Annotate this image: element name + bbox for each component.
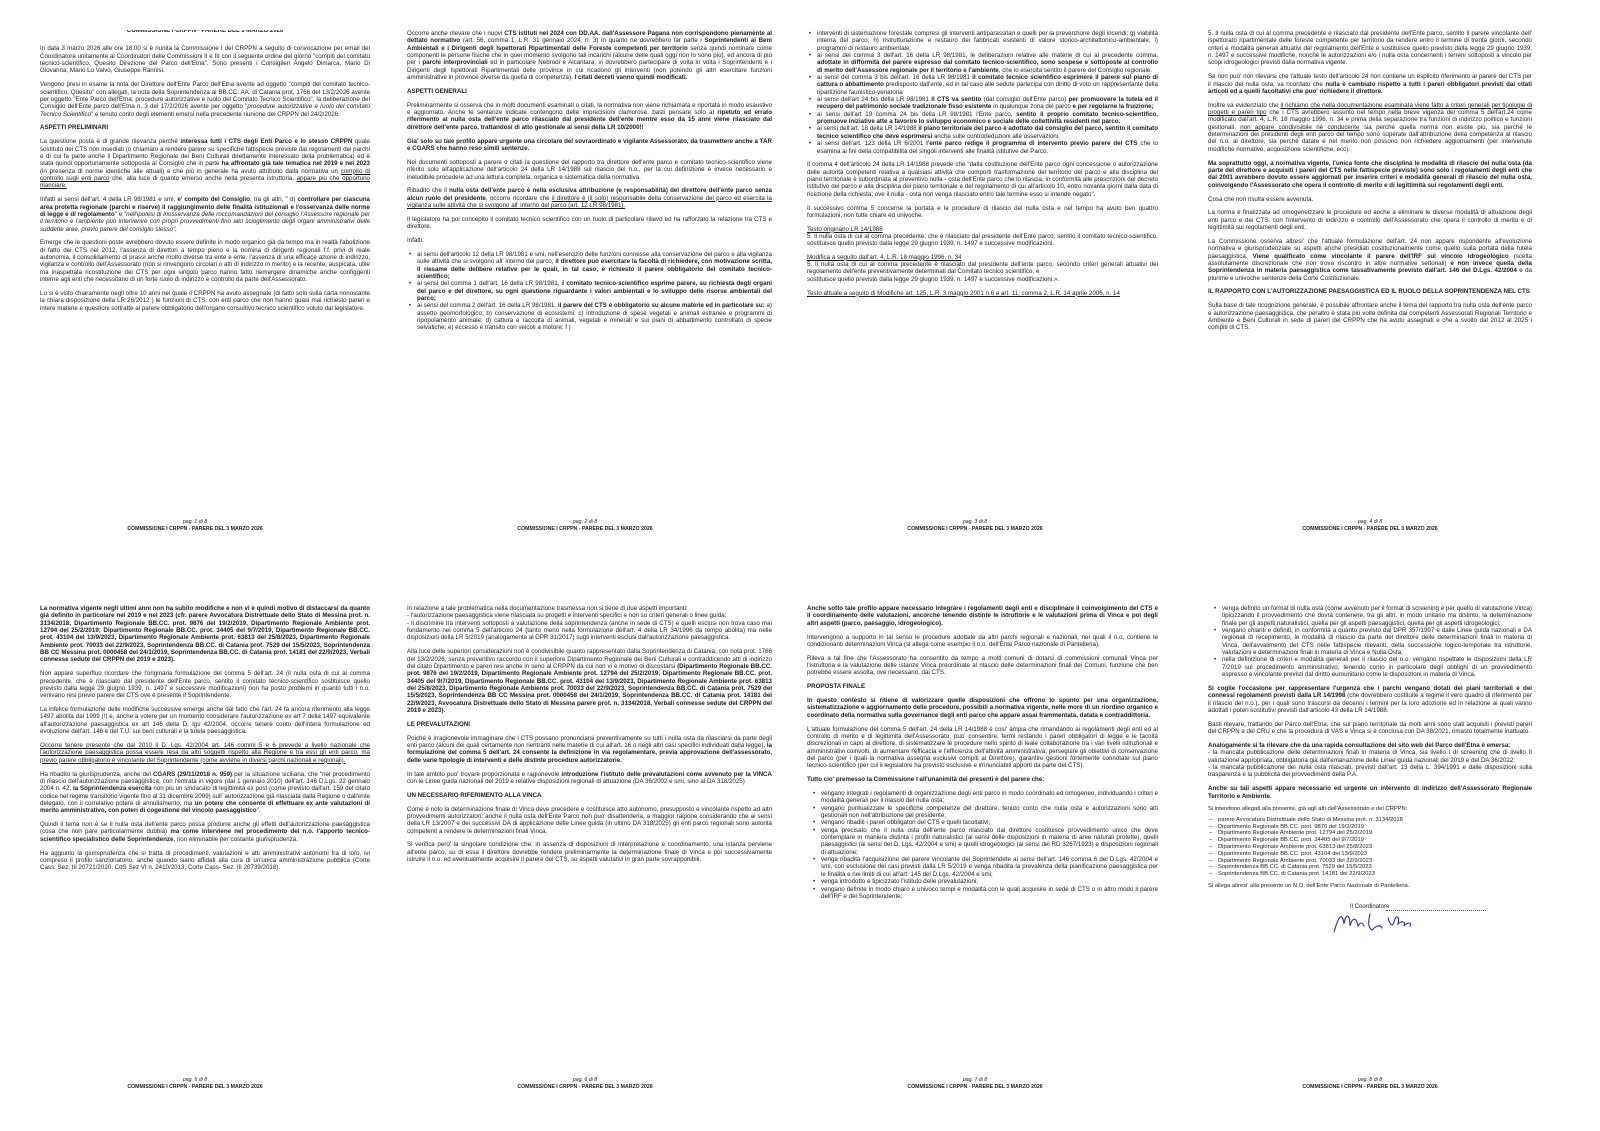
paragraph: In relazione a tale problematica nella d… [407, 605, 772, 642]
paragraph: Occorre tenere presente che dal 2010 il … [40, 742, 370, 764]
list-item: venga definito un format di nulla osta (… [1222, 605, 1532, 627]
page-number: pag. 1 di 8 [0, 519, 390, 526]
paragraph: Rileva a tal fine che l'Assessorato ha c… [807, 655, 1158, 677]
section-heading: ASPETTI GENERALI [407, 88, 772, 95]
paragraph: Infatti ai sensi dell'art. 4 della LR 98… [40, 196, 370, 233]
footer-title: COMMISSIONE I CRPPN - PARERE DEL 3 MARZO… [780, 526, 1170, 533]
footer-title: COMMISSIONE I CRPPN - PARERE DEL 3 MARZO… [390, 526, 780, 533]
list-item: Dipartimento Regionale BB.CC. prot. 3440… [1218, 837, 1532, 844]
bullet-list: ai sensi dell'articolo 12 della LR 98/19… [407, 251, 772, 332]
signature-icon [1330, 904, 1430, 938]
page-content: interventi di sistemazione forestale com… [807, 30, 1158, 513]
paragraph: Ma soprattutto oggi, a normativa vigente… [1208, 160, 1532, 189]
paragraph: Intervengono a supporto in tal senso le … [807, 634, 1158, 649]
page-number: pag. 2 di 8 [390, 519, 780, 526]
paragraph: Alla luce delle superiori considerazioni… [407, 648, 772, 714]
section-heading: ASPETTI PRELIMINARI [40, 124, 370, 131]
bullet-list: ai sensi del comma 3 dell'art. 16 della … [807, 52, 1158, 155]
section-heading: LE PREVALUTAZIONI [407, 721, 772, 728]
list-item: Soprintendenza BB.CC. di Catania prot. 7… [1218, 864, 1532, 871]
paragraph: Analogamente si fa rilevare che da una r… [1208, 742, 1532, 779]
list-item: ai sensi dell'art 19 comma 24 bis della … [817, 111, 1158, 126]
page-8: venga definito un format di nulla osta (… [1170, 565, 1570, 1131]
paragraph: Testo attuale a seguito di Modifiche art… [807, 290, 1158, 297]
paragraph: Emerge che le questioni poste avrebbero … [40, 239, 370, 283]
paragraph: L'attuale formulazione del comma 5 dell'… [807, 726, 1158, 770]
paragraph: Non appare superfluo ricordare che l'ori… [40, 670, 370, 699]
list-item: ai sensi del comma 2 dell'art. 16 della … [417, 302, 772, 331]
footer-title: COMMISSIONE I CRPPN - PARERE DEL 3 MARZO… [0, 526, 390, 533]
paragraph: Ha aggiunto la giurisprudenza che si tra… [40, 850, 370, 872]
paragraph: Cosa che non risulta essere avvenuta. [1208, 196, 1532, 203]
page-number: pag. 3 di 8 [780, 519, 1170, 526]
paragraph: Ha ribadito la giurisprudenza, anche del… [40, 771, 370, 815]
page-6: In relazione a tale problematica nella d… [390, 565, 780, 1131]
paragraph: Inoltre va evidenziato che il richiamo c… [1208, 102, 1532, 153]
paragraph: In questo contesto si ritiene di valoriz… [807, 697, 1158, 719]
page-2: Occorre anche rilevare che i nuovi CTS i… [390, 0, 780, 565]
paragraph: Se non puo' non rilevarsi che l'attuale … [1208, 73, 1532, 95]
paragraph: Anche su tali aspetti appare necessario … [1208, 785, 1532, 800]
list-item: ai sensi dell'art. 18 della LR 14/1988 i… [817, 125, 1158, 140]
paragraph: Sulla base di tale ricognizione generale… [1208, 302, 1532, 331]
page-number: pag. 6 di 8 [390, 1077, 780, 1084]
page-number: pag. 8 di 8 [1170, 1077, 1570, 1084]
paragraph: Modifica a seguito dall'art. 4, L.R. 18 … [807, 254, 1158, 283]
paragraph: Gia' solo su tale profilo appare urgente… [407, 138, 772, 153]
paragraph: Basti rilevare, trattando del Parco dell… [1208, 721, 1532, 736]
paragraph: Si verifica pero' la singolare condizion… [407, 841, 772, 863]
paragraph: La Commissione osserva altresi' che l'at… [1208, 238, 1532, 282]
list-item: interventi di sistemazione forestale com… [817, 30, 1158, 52]
page-1: COMMISSIONE I CRPPN - PARERE DEL 3 MARZO… [0, 0, 390, 565]
page-footer: pag. 3 di 8 COMMISSIONE I CRPPN - PARERE… [780, 519, 1170, 533]
page-footer: pag. 2 di 8 COMMISSIONE I CRPPN - PARERE… [390, 519, 780, 533]
paragraph: Preliminarmente si osserva che in molti … [407, 102, 772, 131]
list-item: parere Avvocatura Distrettuale dello Sta… [1218, 817, 1532, 824]
page-footer: pag. 8 di 8 COMMISSIONE I CRPPN - PARERE… [1170, 1077, 1570, 1091]
page-content: venga definito un format di nulla osta (… [1208, 605, 1532, 1079]
list-item: ai sensi dell'art. 123 della LR 6/2001 l… [817, 140, 1158, 155]
page-footer: pag. 1 di 8 COMMISSIONE I CRPPN - PARERE… [0, 519, 390, 533]
paragraph: Occorre anche rilevare che i nuovi CTS i… [407, 30, 772, 81]
page-footer: pag. 7 di 8 COMMISSIONE I CRPPN - PARERE… [780, 1077, 1170, 1091]
proposal-list: vengano integrati i regolamenti di organ… [807, 790, 1158, 900]
page-number: pag. 7 di 8 [780, 1077, 1170, 1084]
paragraph: Come è noto la determinazione finale di … [407, 806, 772, 835]
paragraph: Lo si è visto chiaramente negli oltre 10… [40, 290, 370, 312]
page-4: 5. Il nulla osta di cui al comma precede… [1170, 0, 1570, 565]
section-heading: IL RAPPORTO CON L'AUTORIZZAZIONE PAESAGG… [1208, 288, 1532, 295]
footer-title: COMMISSIONE I CRPPN - PARERE DEL 3 MARZO… [0, 1084, 390, 1091]
page-content: COMMISSIONE I CRPPN - PARERE DEL 3 MARZO… [40, 30, 370, 513]
list-item: vengano integrati i regolamenti di organ… [821, 790, 1158, 805]
page-footer: pag. 4 di 8 COMMISSIONE I CRPPN - PARERE… [1170, 519, 1570, 533]
page-content: Anche sotto tale profilo appare necessar… [807, 605, 1158, 1079]
list-item: ai sensi del comma 3 dell'art. 16 della … [817, 52, 1158, 74]
list-item: Dipartimento Regionale Ambiente prot. 12… [1218, 830, 1532, 837]
page-7: Anche sotto tale profilo appare necessar… [780, 565, 1170, 1131]
attachments-list: parere Avvocatura Distrettuale dello Sta… [1208, 817, 1532, 878]
list-item: vengano puntualizzate le specifiche comp… [821, 805, 1158, 820]
page-footer: pag. 6 di 8 COMMISSIONE I CRPPN - PARERE… [390, 1077, 780, 1091]
document-spread: COMMISSIONE I CRPPN - PARERE DEL 3 MARZO… [0, 0, 1600, 1131]
list-item: ai sensi del comma 1 dell'art. 16 della … [417, 280, 772, 302]
paragraph: Il successivo comma 5 concerne la portat… [807, 205, 1158, 220]
paragraph: La norma è finalizzata ad omogeneizzare … [1208, 209, 1532, 231]
list-item: vengano chiariti e definiti, in conformi… [1222, 627, 1532, 656]
list-item: Dipartimento Regionale BB.CC. prot. 4310… [1218, 851, 1532, 858]
bullet-list: interventi di sistemazione forestale com… [807, 30, 1158, 52]
page-content: Occorre anche rilevare che i nuovi CTS i… [407, 30, 772, 513]
footer-title: COMMISSIONE I CRPPN - PARERE DEL 3 MARZO… [780, 1084, 1170, 1091]
paragraph: Testo originario LR 14/19885. Il nulla o… [807, 226, 1158, 248]
signature-block: Il Coordinatore [1338, 904, 1532, 938]
list-item: Dipartimento Regionale Ambiente prot. 63… [1218, 844, 1532, 851]
paragraph: La infelice formulazione delle modifiche… [40, 706, 370, 735]
list-item: Dipartimento Regionale Ambiente prot. 70… [1218, 858, 1532, 865]
paragraph: Tutto cio' premesso la Commissione I all… [807, 776, 1158, 783]
page-3: interventi di sistemazione forestale com… [780, 0, 1170, 565]
list-item: Dipartimento Regionale BB.CC. prot. 9876… [1218, 824, 1532, 831]
list-item: ai sensi dell'articolo 12 della LR 98/19… [417, 251, 772, 280]
list-item: ai sensi del comma 3 bis dell'art. 16 de… [817, 74, 1158, 96]
footer-title: COMMISSIONE I CRPPN - PARERE DEL 3 MARZO… [1170, 526, 1570, 533]
page-number: pag. 5 di 8 [0, 1077, 390, 1084]
proposal-list: venga definito un format di nulla osta (… [1208, 605, 1532, 678]
section-heading: PROPOSTA FINALE [807, 683, 1158, 690]
paragraph: Si intendono allegati alla presente, già… [1208, 806, 1532, 813]
intro-paragraph: In data 3 marzo 2026 alle ore 18.00 si è… [40, 45, 370, 74]
paragraph: Il comma 4 dell'articolo 24 della LR 14/… [807, 161, 1158, 198]
paragraph: Ribadito che il nulla osta dell'ente par… [407, 187, 772, 209]
list-item: vengano definite in modo chiaro e univoc… [821, 886, 1158, 901]
page-content: La normativa vigente negli ultimi anni n… [40, 605, 370, 1079]
list-item: vengano ribaditi i pareri obbligatori de… [821, 819, 1158, 826]
paragraph: Anche sotto tale profilo appare necessar… [807, 605, 1158, 627]
paragraph: Quindi il tema non è se il nulla osta de… [40, 821, 370, 843]
page-5: La normativa vigente negli ultimi anni n… [0, 565, 390, 1131]
page-footer: pag. 5 di 8 COMMISSIONE I CRPPN - PARERE… [0, 1077, 390, 1091]
paragraph: La normativa vigente negli ultimi anni n… [40, 605, 370, 664]
list-item: ai sensi dell'art 24 bis della LR 98/198… [817, 96, 1158, 111]
paragraph: 5. Il nulla osta di cui al comma precede… [1208, 30, 1532, 67]
footer-title: COMMISSIONE I CRPPN - PARERE DEL 3 MARZO… [1170, 1084, 1570, 1091]
paragraph: Si coglie l'occasione per rappresentare … [1208, 685, 1532, 714]
list-item: nella definizione di criteri e modalità … [1222, 656, 1532, 678]
section-heading: UN NECESSARIO RIFERIMENTO ALLA VINCA [407, 792, 772, 799]
page-number: pag. 4 di 8 [1170, 519, 1570, 526]
page-content: 5. Il nulla osta di cui al comma precede… [1208, 30, 1532, 513]
paragraph: Infatti: [407, 237, 772, 244]
paragraph: In tale ambito puo' trovare proporzionat… [407, 771, 772, 786]
exam-paragraph: Vengono presi in esame la nota del Diret… [40, 81, 370, 118]
page-header: COMMISSIONE I CRPPN - PARERE DEL 3 MARZO… [40, 30, 370, 35]
list-item: Soprintendenza BB.CC. di Catania prot. 1… [1218, 871, 1532, 878]
list-item: venga introdotto e tipicizzato l'istitut… [821, 878, 1158, 885]
list-item: venga precisato che il nulla osta dell'e… [821, 827, 1158, 856]
list-item: venga ribadita l'acquisizione del parere… [821, 856, 1158, 878]
paragraph: Poiché è irragionevole immaginare che i … [407, 735, 772, 764]
footer-title: COMMISSIONE I CRPPN - PARERE DEL 3 MARZO… [390, 1084, 780, 1091]
paragraph: Il legislatore ha poi concepito il comit… [407, 216, 772, 231]
paragraph: La questione posta è di grande rilevanza… [40, 138, 370, 189]
paragraph: Si allega altresi' alla presente un N.O.… [1208, 883, 1532, 890]
page-content: In relazione a tale problematica nella d… [407, 605, 772, 1079]
paragraph: Nei documenti sottoposti a parere o cita… [407, 159, 772, 181]
